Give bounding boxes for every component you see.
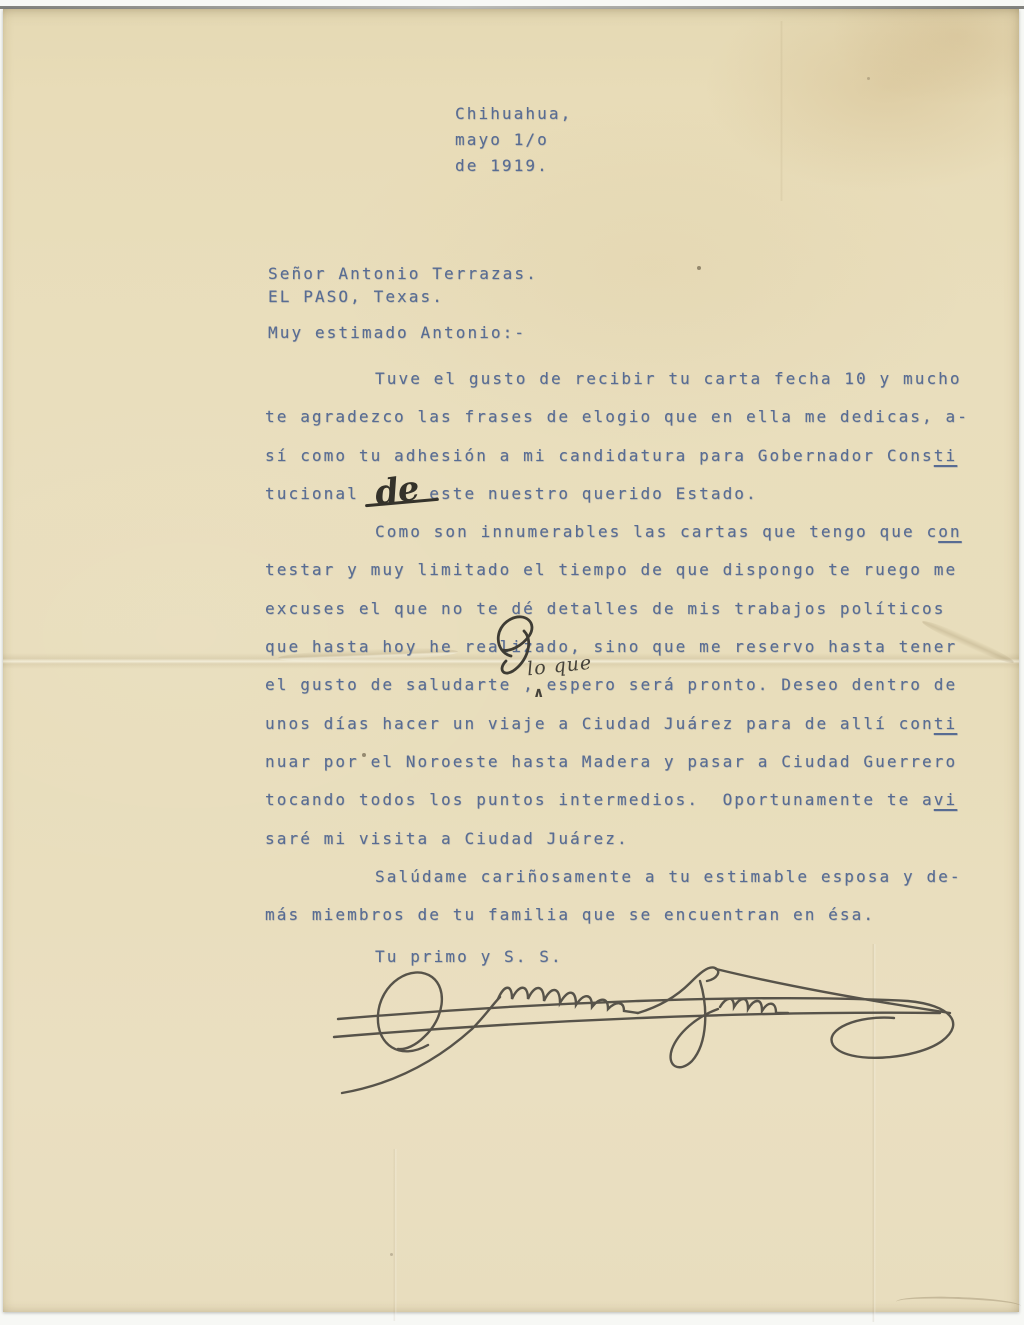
underlined-syllable: ti [934,446,957,465]
typed-body-line: el gusto de saludarte , espero será pron… [265,666,1005,704]
recipient-block: Señor Antonio Terrazas.EL PASO, Texas. [268,262,538,308]
scanned-letter-page: { "letter": { "dateline": ["Chihuahua,",… [0,0,1024,1325]
vertical-fold-crease [393,1149,397,1321]
vertical-fold-crease [780,21,783,201]
typed-text: que hasta hoy he realizado, sino que me … [265,637,957,656]
letter-body: Tuve el gusto de recibir tu carta fecha … [265,360,1005,934]
typed-text: testar y muy limitado el tiempo de que d… [265,560,957,579]
typed-text: más miembros de tu familia que se encuen… [265,905,875,924]
underlined-syllable: on [938,522,961,541]
typed-body-line: unos días hacer un viaje a Ciudad Juárez… [265,705,1005,743]
paper-speck [867,77,870,80]
handwritten-correction-de: de [373,469,421,514]
underlined-syllable: vi [934,790,957,809]
typed-body-line: más miembros de tu familia que se encuen… [265,896,1005,934]
typed-body-line: sí como tu adhesión a mi candidatura par… [265,437,1005,475]
dateline-line: Chihuahua, [455,101,572,127]
typed-text: saré mi visita a Ciudad Juárez. [265,829,629,848]
typed-body-line: Salúdame cariñosamente a tu estimable es… [265,858,1005,896]
typed-body-line: Tuve el gusto de recibir tu carta fecha … [265,360,1005,398]
typed-text: Como son innumerables las cartas que ten… [375,522,938,541]
typed-text: sí como tu adhesión a mi candidatura par… [265,446,934,465]
paper-speck [390,1253,393,1256]
underlined-syllable: ti [934,714,957,733]
salutation: Muy estimado Antonio:- [268,321,526,344]
typed-text: el gusto de saludarte , espero será pron… [265,675,957,694]
typed-text: unos días hacer un viaje a Ciudad Juárez… [265,714,934,733]
insertion-caret: ∧ [533,685,544,701]
signature-scrawl [328,953,978,1103]
letter-paper: Chihuahua,mayo 1/ode 1919. Señor Antonio… [3,9,1019,1312]
typed-text: tucional este nuestro querido Estado. [265,484,758,503]
typed-text: Tuve el gusto de recibir tu carta fecha … [375,369,962,388]
typed-text: te agradezco las frases de elogio que en… [265,407,969,426]
dateline-line: de 1919. [455,153,572,179]
typed-body-line: excuses el que no te dé detalles de mis … [265,590,1005,628]
typed-body-line: Como son innumerables las cartas que ten… [265,513,1005,551]
typed-text: Salúdame cariñosamente a tu estimable es… [375,867,962,886]
typed-text: tocando todos los puntos intermedios. Op… [265,790,934,809]
typed-body-line: saré mi visita a Ciudad Juárez. [265,820,1005,858]
typed-text: excuses el que no te dé detalles de mis … [265,599,946,618]
typed-body-line: te agradezco las frases de elogio que en… [265,398,1005,436]
typed-body-line: tocando todos los puntos intermedios. Op… [265,781,1005,819]
typed-body-line: que hasta hoy he realizado, sino que me … [265,628,1005,666]
typed-text: nuar por el Noroeste hasta Madera y pasa… [265,752,957,771]
typed-body-line: nuar por el Noroeste hasta Madera y pasa… [265,743,1005,781]
recipient-line: Señor Antonio Terrazas. [268,262,538,285]
typed-body-line: testar y muy limitado el tiempo de que d… [265,551,1005,589]
bottom-right-fold [896,1295,1021,1313]
recipient-line: EL PASO, Texas. [268,285,538,308]
dateline-block: Chihuahua,mayo 1/ode 1919. [455,101,572,179]
paper-speck [697,266,701,270]
dateline-line: mayo 1/o [455,127,572,153]
